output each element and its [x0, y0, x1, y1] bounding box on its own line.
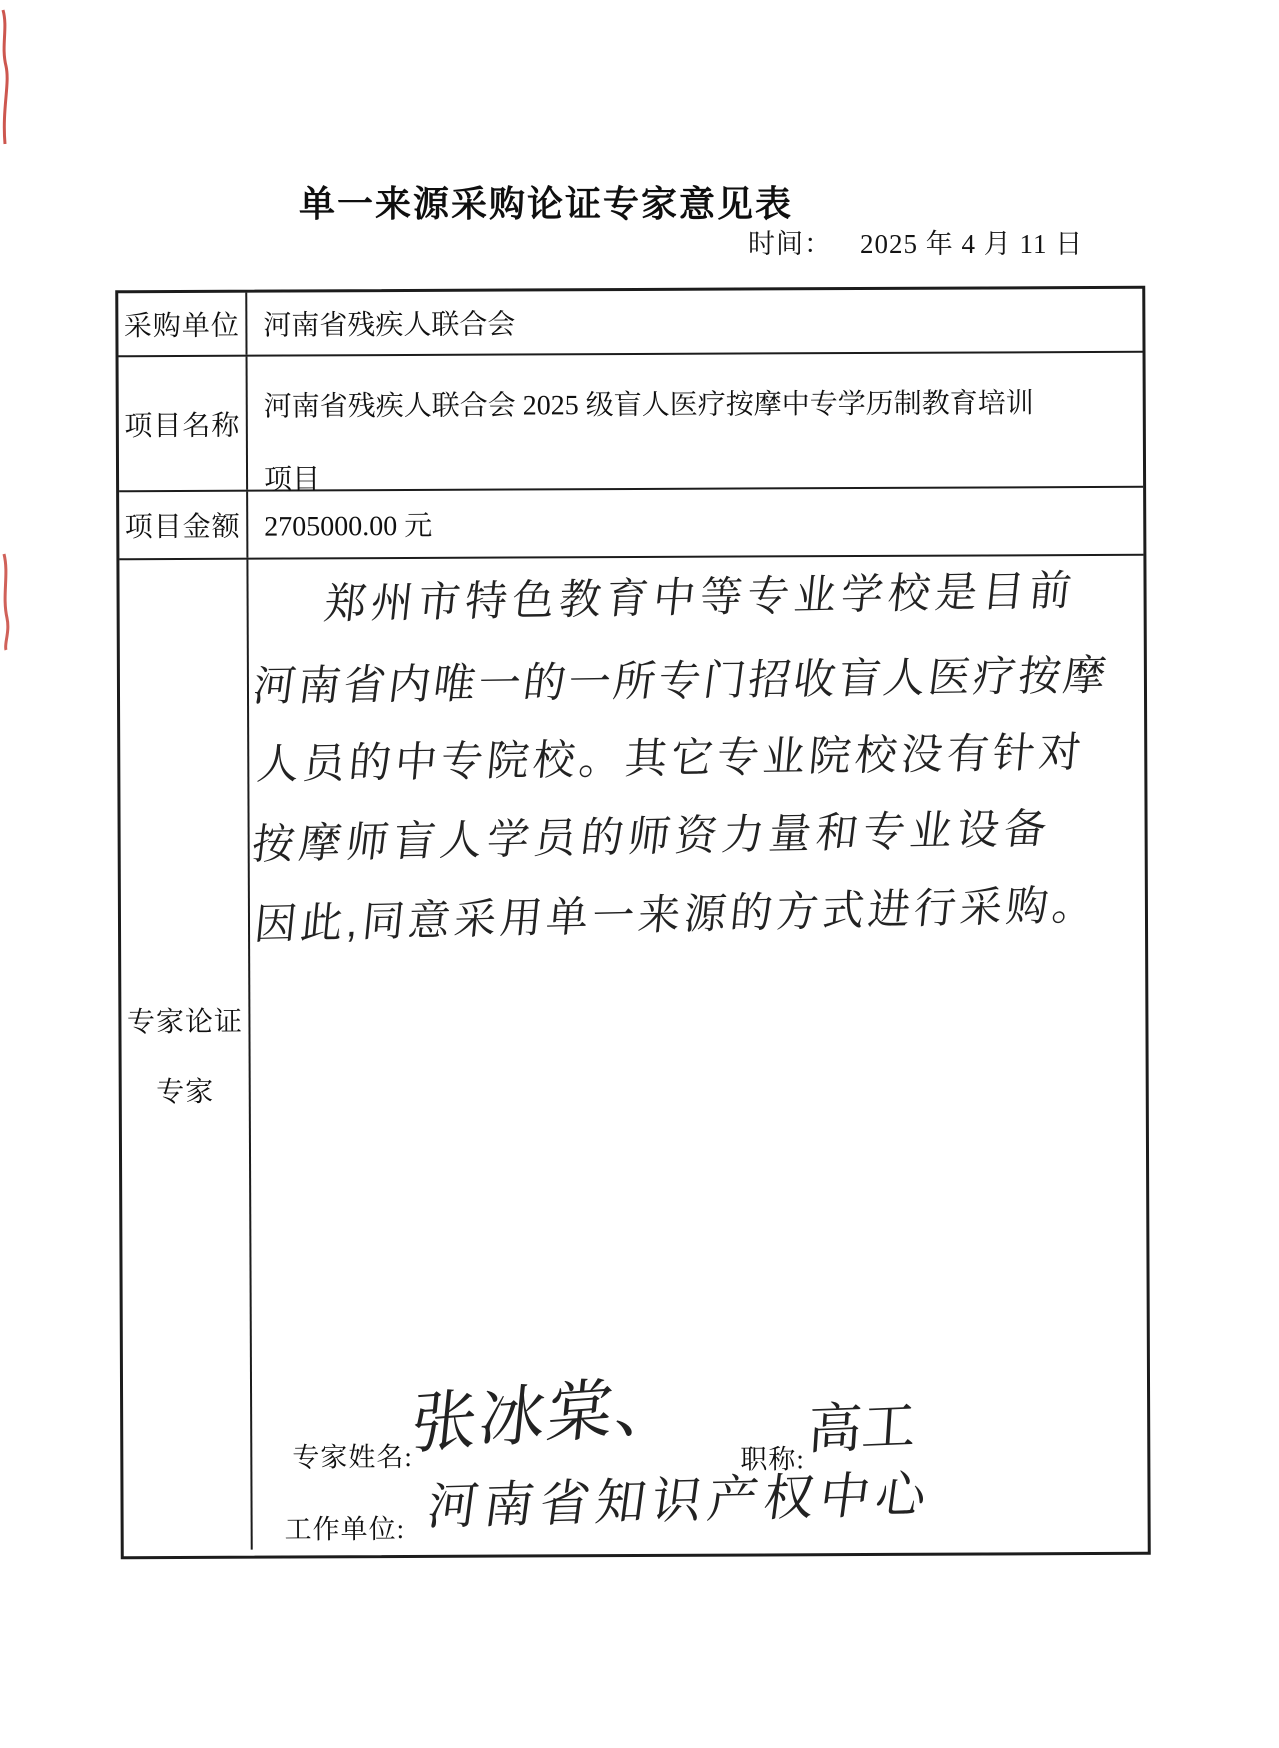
- expert-opinion-label-line2: 专家: [156, 1070, 214, 1110]
- row-purchasing-unit: 采购单位 河南省残疾人联合会: [118, 289, 1142, 357]
- handwritten-opinion-line-1: 郑州市特色教育中等专业学校是目前: [321, 557, 1079, 631]
- row-expert-opinion: 专家论证 专家 郑州市特色教育中等专业学校是目前 河南省内唯一的一所专门招收盲人…: [119, 556, 1147, 1550]
- expert-opinion-label-line1: 专家论证: [127, 1000, 243, 1041]
- scanned-document-page: 单一来源采购论证专家意见表 时间：2025 年 4 月 11 日 采购单位 河南…: [0, 0, 1279, 1748]
- opinion-form-table: 采购单位 河南省残疾人联合会 项目名称 河南省残疾人联合会 2025 级盲人医疗…: [115, 286, 1151, 1559]
- date-value: 2025 年 4 月 11 日: [860, 229, 1083, 259]
- expert-opinion-content: 郑州市特色教育中等专业学校是目前 河南省内唯一的一所专门招收盲人医疗按摩 人员的…: [248, 556, 1147, 1550]
- handwritten-opinion-line-2: 河南省内唯一的一所专门招收盲人医疗按摩: [250, 642, 1113, 713]
- project-amount-value: 2705000.00 元: [248, 488, 1143, 558]
- project-name-value: 河南省残疾人联合会 2025 级盲人医疗按摩中专学历制教育培训 项目: [248, 353, 1144, 490]
- scan-edge-red-artifact-top: [0, 8, 14, 148]
- expert-name-handwritten-signature: 张冰棠、: [407, 1350, 688, 1466]
- expert-opinion-label: 专家论证 专家: [119, 560, 252, 1551]
- handwritten-opinion-line-5: 因此,同意采用单一来源的方式进行采购。: [252, 872, 1101, 952]
- handwritten-opinion-line-4: 按摩师盲人学员的师资力量和专业设备: [249, 796, 1055, 872]
- row-project-name: 项目名称 河南省残疾人联合会 2025 级盲人医疗按摩中专学历制教育培训 项目: [119, 353, 1144, 492]
- purchasing-unit-label: 采购单位: [118, 293, 247, 356]
- row-project-amount: 项目金额 2705000.00 元: [119, 488, 1143, 560]
- project-name-line1: 河南省残疾人联合会 2025 级盲人医疗按摩中专学历制教育培训: [264, 367, 1123, 444]
- document-title: 单一来源采购论证专家意见表: [299, 176, 793, 227]
- project-amount-label: 项目金额: [119, 492, 248, 559]
- document-date-line: 时间：2025 年 4 月 11 日: [748, 222, 1083, 261]
- date-label: 时间：: [748, 229, 832, 259]
- work-unit-handwritten-value: 河南省知识产权中心: [424, 1454, 937, 1539]
- purchasing-unit-value: 河南省残疾人联合会: [247, 289, 1142, 355]
- scan-edge-red-artifact-middle: [0, 552, 14, 652]
- expert-name-label: 专家姓名:: [292, 1435, 413, 1475]
- handwritten-opinion-line-3: 人员的中专院校。其它专业院校没有针对: [255, 719, 1088, 791]
- work-unit-label: 工作单位:: [285, 1507, 406, 1547]
- expert-title-handwritten-value: 高工: [806, 1383, 919, 1464]
- project-name-label: 项目名称: [119, 357, 249, 491]
